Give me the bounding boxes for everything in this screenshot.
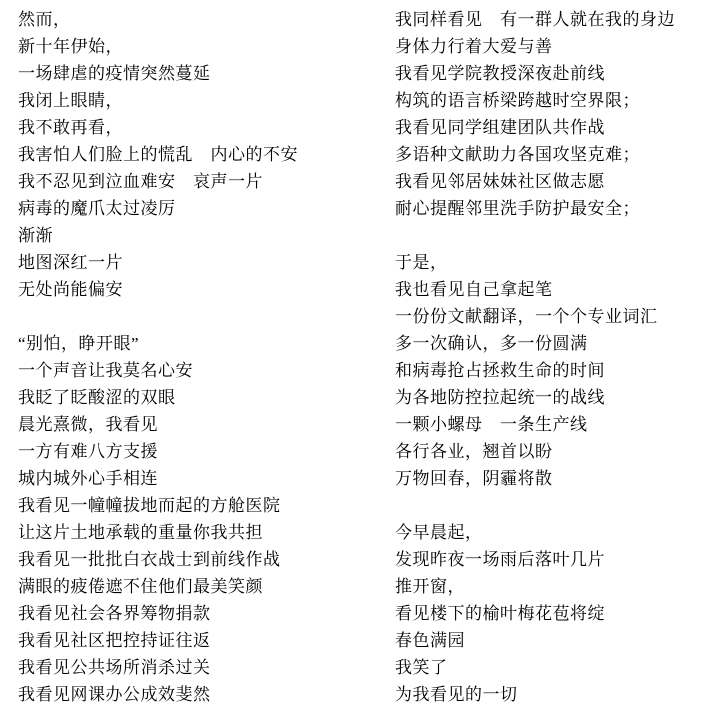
poem-line: 满眼的疲倦遮不住他们最美笑颜 (18, 573, 298, 600)
poem-line: 我看见社区把控持证往返 (18, 627, 298, 654)
poem-line (395, 222, 675, 249)
poem-line: 地图深红一片 (18, 249, 298, 276)
poem-left-column: 然而，新十年伊始，一场肆虐的疫情突然蔓延我闭上眼睛，我不敢再看，我害怕人们脸上的… (18, 6, 298, 708)
poem-line: 新十年伊始， (18, 33, 298, 60)
poem-line: 我笑了 (395, 654, 675, 681)
poem-line: 发现昨夜一场雨后落叶几片 (395, 546, 675, 573)
poem-line: 无处尚能偏安 (18, 276, 298, 303)
poem-line: 为我看见的一切 (395, 681, 675, 708)
poem-line: 为各地防控拉起统一的战线 (395, 384, 675, 411)
poem-document-page: 然而，新十年伊始，一场肆虐的疫情突然蔓延我闭上眼睛，我不敢再看，我害怕人们脸上的… (0, 0, 706, 721)
poem-line: 晨光熹微，我看见 (18, 411, 298, 438)
poem-line: 多语种文献助力各国攻坚克难； (395, 141, 675, 168)
poem-line: 我看见学院教授深夜赴前线 (395, 60, 675, 87)
poem-line: 万物回春，阴霾将散 (395, 465, 675, 492)
poem-line (395, 492, 675, 519)
poem-line: 构筑的语言桥梁跨越时空界限； (395, 87, 675, 114)
poem-line: 身体力行着大爱与善 (395, 33, 675, 60)
poem-line: 我看见公共场所消杀过关 (18, 654, 298, 681)
poem-line: 我看见一批批白衣战士到前线作战 (18, 546, 298, 573)
poem-line: 我看见邻居妹妹社区做志愿 (395, 168, 675, 195)
poem-line: 我闭上眼睛， (18, 87, 298, 114)
poem-line (18, 303, 298, 330)
poem-line: 一个声音让我莫名心安 (18, 357, 298, 384)
poem-line: 我害怕人们脸上的慌乱 内心的不安 (18, 141, 298, 168)
poem-line: 然而， (18, 6, 298, 33)
poem-line: 病毒的魔爪太过凌厉 (18, 195, 298, 222)
poem-line: 耐心提醒邻里洗手防护最安全； (395, 195, 675, 222)
poem-line: 于是， (395, 249, 675, 276)
poem-line: 看见楼下的榆叶梅花苞将绽 (395, 600, 675, 627)
poem-line: “别怕，睁开眼” (18, 330, 298, 357)
poem-line: 我看见一幢幢拔地而起的方舱医院 (18, 492, 298, 519)
poem-line: 多一次确认，多一份圆满 (395, 330, 675, 357)
poem-right-column: 我同样看见 有一群人就在我的身边身体力行着大爱与善我看见学院教授深夜赴前线构筑的… (395, 6, 675, 708)
poem-line: 渐渐 (18, 222, 298, 249)
poem-line: 一份份文献翻译，一个个专业词汇 (395, 303, 675, 330)
poem-line: 我不忍见到泣血难安 哀声一片 (18, 168, 298, 195)
poem-line: 各行各业，翘首以盼 (395, 438, 675, 465)
poem-line: 我看见网课办公成效斐然 (18, 681, 298, 708)
poem-line: 城内城外心手相连 (18, 465, 298, 492)
poem-line: 我眨了眨酸涩的双眼 (18, 384, 298, 411)
poem-line: 一场肆虐的疫情突然蔓延 (18, 60, 298, 87)
poem-line: 一方有难八方支援 (18, 438, 298, 465)
poem-line: 一颗小螺母 一条生产线 (395, 411, 675, 438)
poem-line: 和病毒抢占拯救生命的时间 (395, 357, 675, 384)
poem-line: 我同样看见 有一群人就在我的身边 (395, 6, 675, 33)
poem-line: 我看见同学组建团队共作战 (395, 114, 675, 141)
poem-line: 我不敢再看， (18, 114, 298, 141)
poem-line: 今早晨起， (395, 519, 675, 546)
poem-line: 推开窗， (395, 573, 675, 600)
poem-line: 我也看见自己拿起笔 (395, 276, 675, 303)
poem-line: 让这片土地承载的重量你我共担 (18, 519, 298, 546)
poem-line: 春色满园 (395, 627, 675, 654)
poem-line: 我看见社会各界筹物捐款 (18, 600, 298, 627)
